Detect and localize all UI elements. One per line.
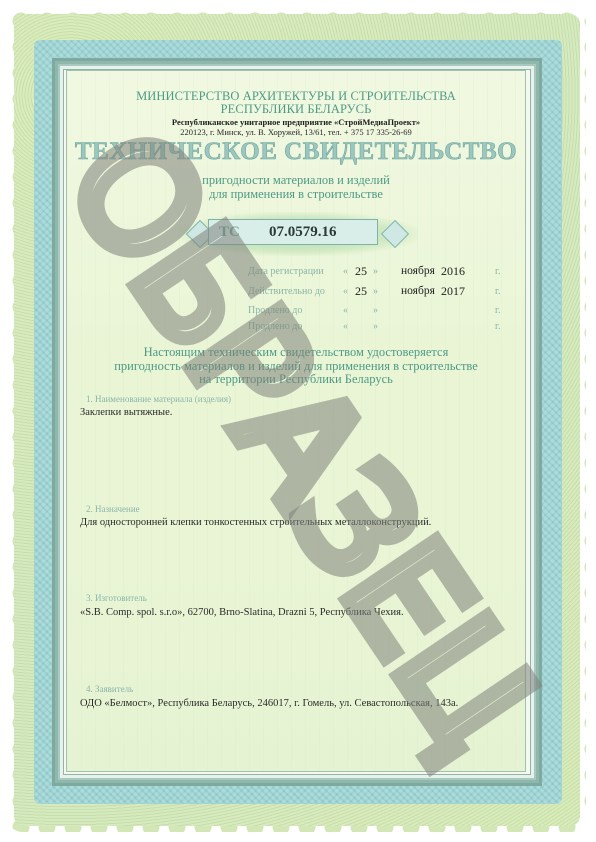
date-year: 2016 bbox=[441, 264, 465, 279]
year-suffix: г. bbox=[495, 266, 500, 277]
document-subtitle: пригодности материалов и изделий для при… bbox=[66, 173, 526, 201]
section-value-purpose: Для односторонней клепки тонкостенных ст… bbox=[80, 516, 500, 530]
date-row-registration: Дата регистрации « 25 » ноября 2016 г. bbox=[248, 266, 508, 282]
date-label: Действительно до bbox=[248, 286, 325, 297]
quote-open: « bbox=[343, 321, 348, 332]
year-suffix: г. bbox=[495, 321, 500, 332]
section-value-applicant: ОДО «Белмост», Республика Беларусь, 2460… bbox=[80, 697, 500, 711]
certificate-content: МИНИСТЕРСТВО АРХИТЕКТУРЫ И СТРОИТЕЛЬСТВА… bbox=[0, 0, 596, 842]
certificate-prefix: ТС bbox=[219, 224, 259, 241]
section-label-material: 1. Наименование материала (изделия) bbox=[86, 394, 231, 404]
date-row-extended-1: Продлено до « » г. bbox=[248, 305, 508, 321]
section-label-manufacturer: 3. Изготовитель bbox=[86, 593, 147, 603]
statement-line-1: Настоящим техническим свидетельством удо… bbox=[66, 346, 526, 360]
date-label: Продлено до bbox=[248, 321, 302, 332]
certificate-number: 07.0579.16 bbox=[269, 224, 337, 241]
quote-close: » bbox=[373, 266, 378, 277]
section-value-manufacturer: «S.B. Comp. spol. s.r.o», 62700, Brno-Sl… bbox=[80, 606, 500, 620]
date-month: ноября bbox=[401, 265, 435, 277]
date-row-extended-2: Продлено до « » г. bbox=[248, 321, 508, 337]
date-day: 25 bbox=[355, 284, 367, 299]
date-label: Дата регистрации bbox=[248, 266, 324, 277]
section-value-material: Заклепки вытяжные. bbox=[80, 406, 500, 420]
certification-statement: Настоящим техническим свидетельством удо… bbox=[66, 346, 526, 387]
date-row-valid-until: Действительно до « 25 » ноября 2017 г. bbox=[248, 286, 508, 302]
statement-line-2: пригодность материалов и изделий для при… bbox=[66, 360, 526, 374]
quote-close: » bbox=[373, 305, 378, 316]
document-title: ТЕХНИЧЕСКОЕ СВИДЕТЕЛЬСТВО bbox=[66, 138, 526, 166]
quote-open: « bbox=[343, 305, 348, 316]
quote-open: « bbox=[343, 266, 348, 277]
quote-open: « bbox=[343, 286, 348, 297]
date-day: 25 bbox=[355, 264, 367, 279]
statement-line-3: на территории Республики Беларусь bbox=[66, 373, 526, 387]
ministry-header: МИНИСТЕРСТВО АРХИТЕКТУРЫ И СТРОИТЕЛЬСТВА… bbox=[66, 90, 526, 116]
quote-close: » bbox=[373, 286, 378, 297]
subtitle-line-1: пригодности материалов и изделий bbox=[66, 173, 526, 187]
enterprise-address: 220123, г. Минск, ул. В. Хоружей, 13/61,… bbox=[66, 127, 526, 137]
section-label-purpose: 2. Назначение bbox=[86, 504, 140, 514]
date-month: ноября bbox=[401, 285, 435, 297]
section-label-applicant: 4. Заявитель bbox=[86, 684, 133, 694]
subtitle-line-2: для применения в строительстве bbox=[66, 187, 526, 201]
year-suffix: г. bbox=[495, 305, 500, 316]
ministry-line-2: РЕСПУБЛИКИ БЕЛАРУСЬ bbox=[66, 103, 526, 116]
date-year: 2017 bbox=[441, 284, 465, 299]
certificate-number-box: ТС 07.0579.16 bbox=[208, 219, 378, 245]
enterprise-name: Республиканское унитарное предприятие «С… bbox=[66, 117, 526, 127]
date-label: Продлено до bbox=[248, 305, 302, 316]
year-suffix: г. bbox=[495, 286, 500, 297]
quote-close: » bbox=[373, 321, 378, 332]
